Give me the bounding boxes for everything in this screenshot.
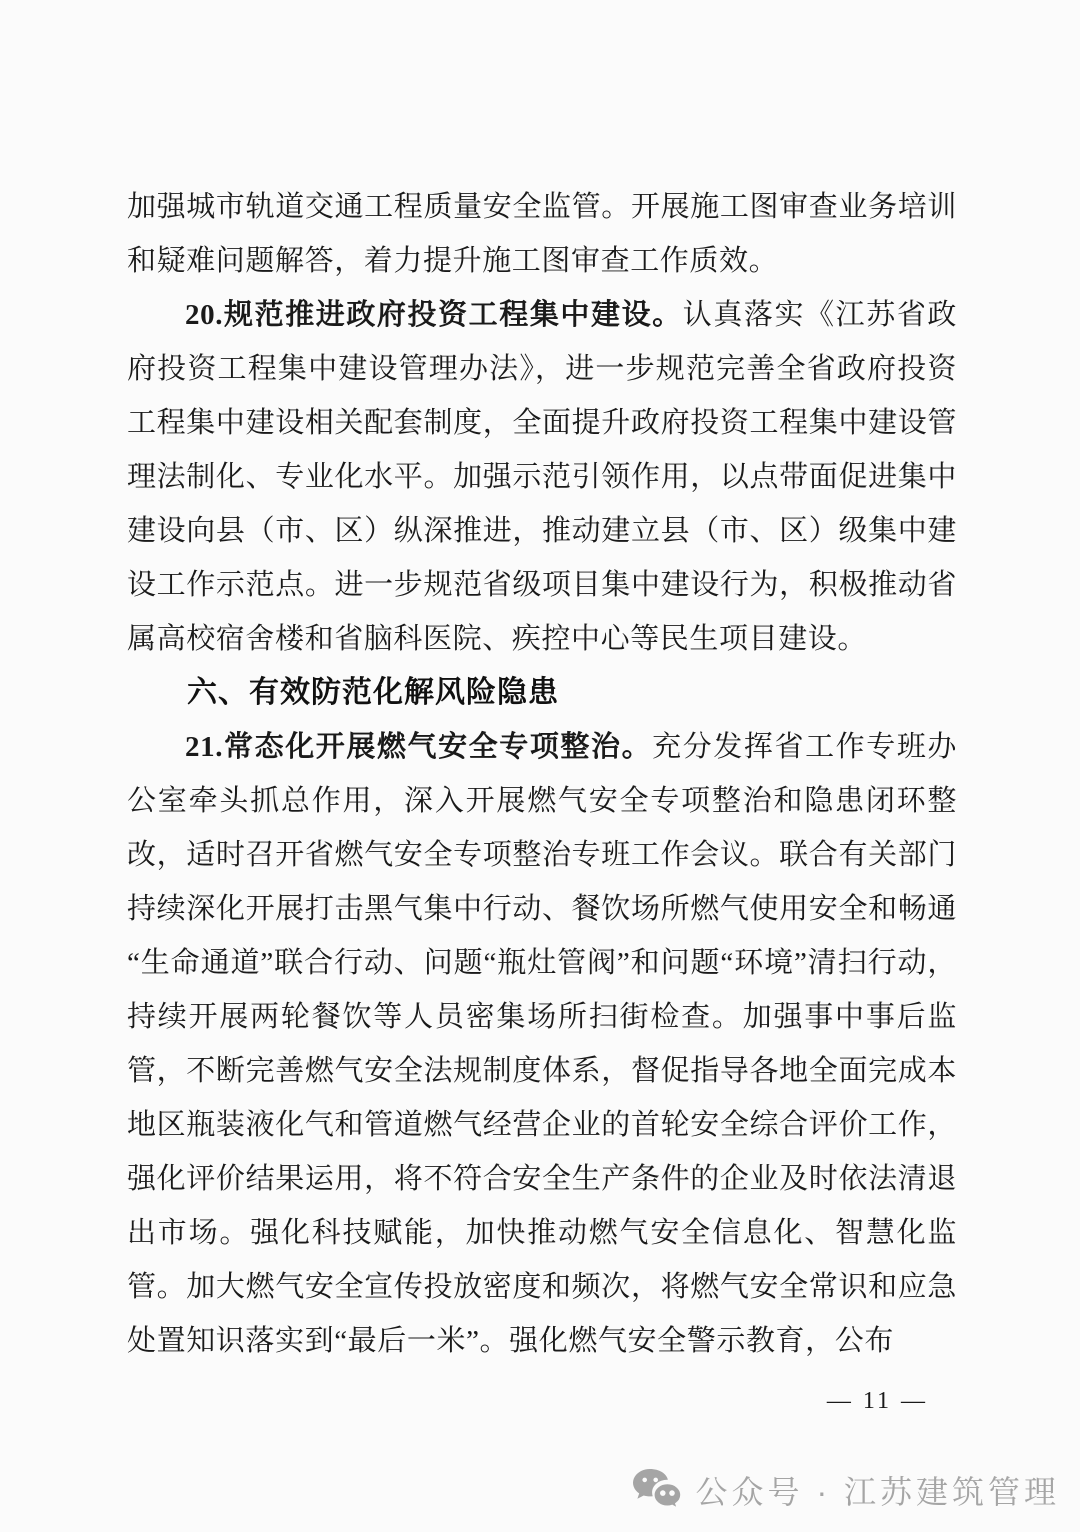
page-body: 加强城市轨道交通工程质量安全监管。开展施工图审查业务培训和疑难问题解答，着力提升… bbox=[127, 180, 957, 1368]
paragraph: 加强城市轨道交通工程质量安全监管。开展施工图审查业务培训和疑难问题解答，着力提升… bbox=[127, 180, 957, 288]
paragraph-text: 充分发挥省工作专班办公室牵头抓总作用，深入开展燃气安全专项整治和隐患闭环整改，适… bbox=[127, 731, 957, 1357]
paragraph-lead-bold: 21.常态化开展燃气安全专项整治。 bbox=[185, 731, 652, 763]
paragraph: 20.规范推进政府投资工程集中建设。认真落实《江苏省政府投资工程集中建设管理办法… bbox=[127, 288, 957, 666]
paragraph-lead-bold: 20.规范推进政府投资工程集中建设。 bbox=[185, 299, 683, 331]
wechat-icon bbox=[632, 1468, 682, 1512]
watermark-text: 公众号 · 江苏建筑管理 bbox=[696, 1467, 1060, 1513]
page-number: — 11 — bbox=[827, 1388, 928, 1415]
paragraph: 21.常态化开展燃气安全专项整治。充分发挥省工作专班办公室牵头抓总作用，深入开展… bbox=[127, 720, 957, 1368]
paragraph-lead-bold: 六、有效防范化解风险隐患 bbox=[187, 676, 559, 709]
paragraph-text: 认真落实《江苏省政府投资工程集中建设管理办法》，进一步规范完善全省政府投资工程集… bbox=[127, 299, 957, 655]
section-heading: 六、有效防范化解风险隐患 bbox=[127, 666, 957, 720]
paragraph-text: 加强城市轨道交通工程质量安全监管。开展施工图审查业务培训和疑难问题解答，着力提升… bbox=[127, 191, 957, 277]
footer-watermark: 公众号 · 江苏建筑管理 bbox=[632, 1464, 1060, 1516]
document-page: 加强城市轨道交通工程质量安全监管。开展施工图审查业务培训和疑难问题解答，着力提升… bbox=[0, 0, 1080, 1532]
